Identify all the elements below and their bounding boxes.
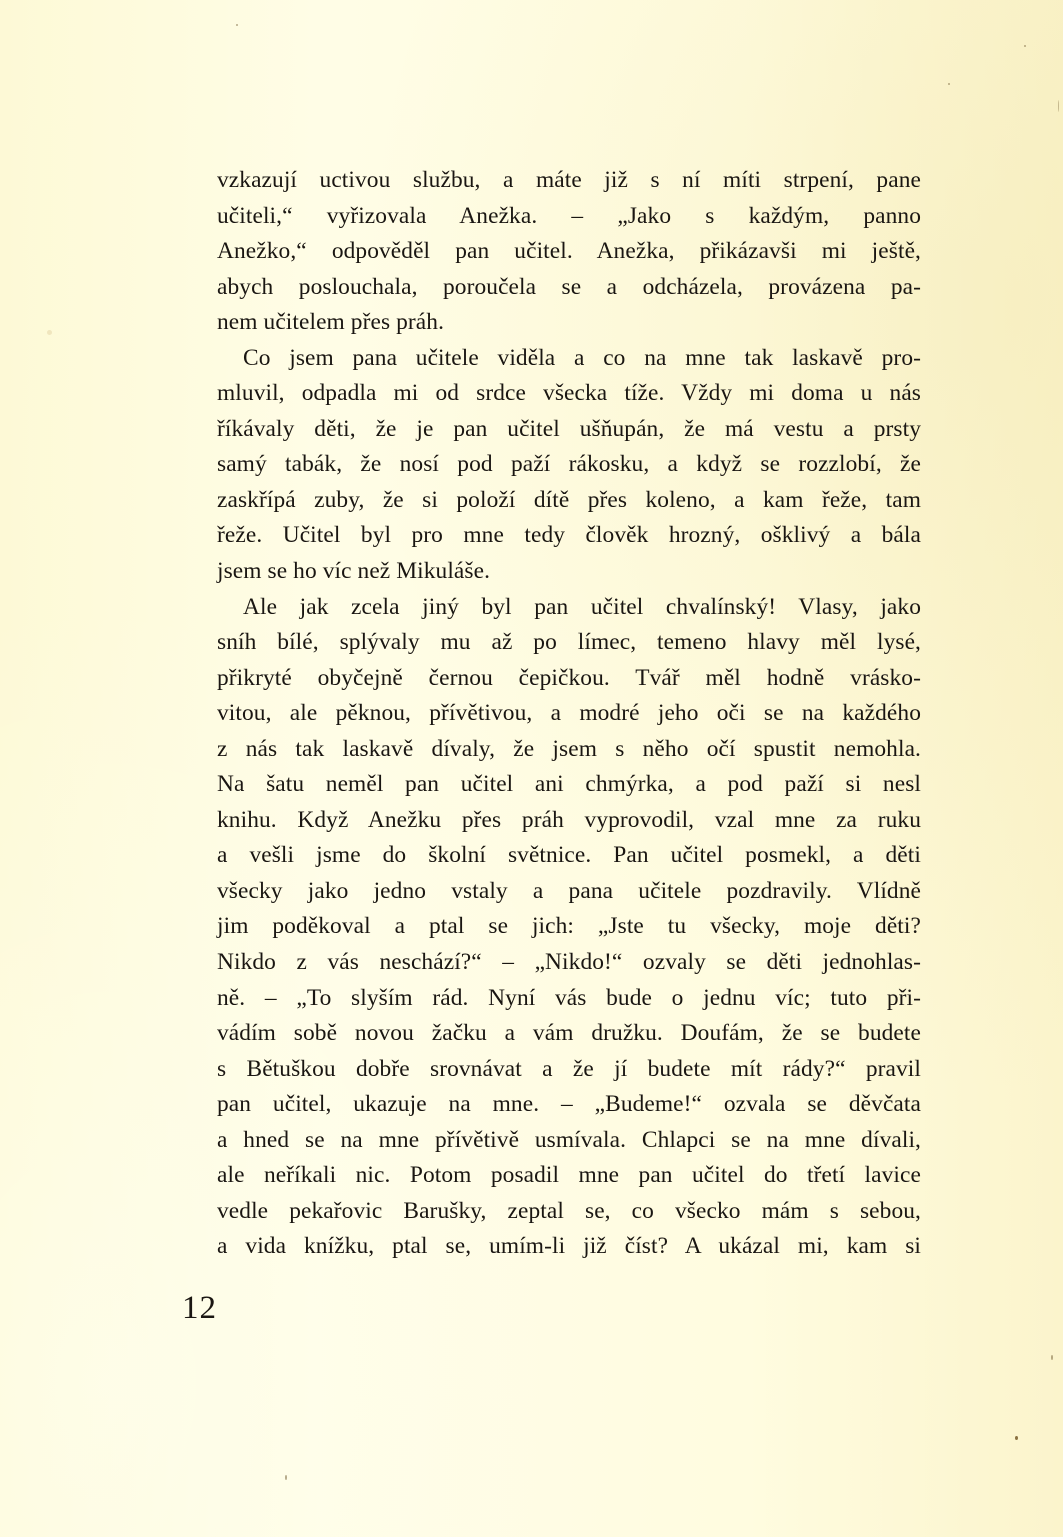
text-line: zaskřípá zuby, že si položí dítě přes ko…: [217, 483, 921, 519]
text-line: vedle pekařovic Barušky, zeptal se, co v…: [217, 1194, 921, 1230]
text-line: Anežko,“ odpověděl pan učitel. Anežka, p…: [217, 234, 921, 270]
text-line: knihu. Když Anežku přes práh vyprovodil,…: [217, 803, 921, 839]
text-line: Co jsem pana učitele viděla a co na mne …: [217, 341, 921, 377]
paper-speck: [1024, 45, 1026, 47]
paper-speck: [948, 83, 950, 85]
paper-speck: [236, 24, 238, 26]
text-line: s Bětuškou dobře srovnávat a že jí budet…: [217, 1052, 921, 1088]
text-line: vitou, ale pěknou, přívětivou, a modré j…: [217, 696, 921, 732]
body-text: vzkazují uctivou službu, a máte již s ní…: [217, 163, 921, 1265]
text-line: jim poděkoval a ptal se jich: „Jste tu v…: [217, 909, 921, 945]
paper-speck: [285, 1475, 287, 1480]
text-line: řeže. Učitel byl pro mne tedy člověk hro…: [217, 518, 921, 554]
text-line: mluvil, odpadla mi od srdce všecka tíže.…: [217, 376, 921, 412]
text-line: pan učitel, ukazuje na mne. – „Budeme!“ …: [217, 1087, 921, 1123]
paper-speck: [1051, 1355, 1053, 1360]
text-line: nem učitelem přes práh.: [217, 305, 921, 341]
text-line: a vida knížku, ptal se, umím-li již číst…: [217, 1229, 921, 1265]
text-line: z nás tak laskavě dívaly, že jsem s něho…: [217, 732, 921, 768]
paper-speck: [47, 330, 52, 335]
text-line: vádím sobě novou žačku a vám družku. Dou…: [217, 1016, 921, 1052]
text-line: jsem se ho víc než Mikuláše.: [217, 554, 921, 590]
book-page: vzkazují uctivou službu, a máte již s ní…: [0, 0, 1063, 1537]
text-line: vzkazují uctivou službu, a máte již s ní…: [217, 163, 921, 199]
text-line: přikryté obyčejně černou čepičkou. Tvář …: [217, 661, 921, 697]
text-line: Na šatu neměl pan učitel ani chmýrka, a …: [217, 767, 921, 803]
text-line: a vešli jsme do školní světnice. Pan uči…: [217, 838, 921, 874]
text-line: Ale jak zcela jiný byl pan učitel chvalí…: [217, 590, 921, 626]
text-line: učiteli,“ vyřizovala Anežka. – „Jako s k…: [217, 199, 921, 235]
paper-speck: [1058, 100, 1059, 112]
text-line: Nikdo z vás neschází?“ – „Nikdo!“ ozvaly…: [217, 945, 921, 981]
text-line: ale neříkali nic. Potom posadil mne pan …: [217, 1158, 921, 1194]
text-line: abych poslouchala, poroučela se a odcház…: [217, 270, 921, 306]
text-line: všecky jako jedno vstaly a pana učitele …: [217, 874, 921, 910]
text-line: sníh bílé, splývaly mu až po límec, teme…: [217, 625, 921, 661]
page-number: 12: [182, 1290, 217, 1327]
text-line: ně. – „To slyším rád. Nyní vás bude o je…: [217, 981, 921, 1017]
text-line: a hned se na mne přívětivě usmívala. Chl…: [217, 1123, 921, 1159]
text-line: samý tabák, že nosí pod paží rákosku, a …: [217, 447, 921, 483]
text-line: říkávaly děti, že je pan učitel ušňupán,…: [217, 412, 921, 448]
paper-speck: [1015, 1436, 1018, 1440]
